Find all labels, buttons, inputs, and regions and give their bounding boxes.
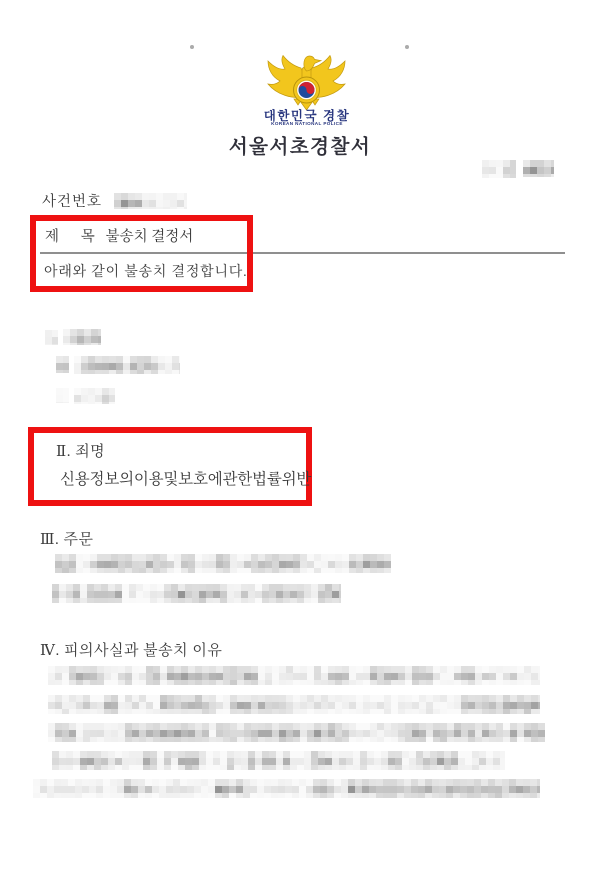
emblem-org-name-en: KOREAN NATIONAL POLICE (231, 121, 383, 126)
redacted-date-block-2 (523, 160, 554, 177)
redacted-section1-line2-text (74, 356, 180, 374)
redacted-section4-line3 (48, 723, 545, 742)
redacted-section4-line4 (52, 751, 505, 770)
scan-dot-left (190, 45, 194, 49)
scan-dot-right (405, 45, 409, 49)
redacted-date-block-1 (482, 160, 516, 178)
redacted-section1-line3-text (74, 388, 115, 404)
redacted-section1-heading-text (63, 329, 101, 345)
redacted-section4-line5 (33, 779, 540, 798)
redacted-section1-line2-bullet (56, 356, 69, 373)
redacted-section1-heading-numeral (45, 330, 58, 345)
redacted-section3-line1 (55, 554, 391, 573)
subject-line: 제 목 불송치 결정서 (45, 225, 193, 246)
page-title: 서울서초경찰서 (0, 131, 600, 159)
case-number-label: 사건번호 (42, 190, 102, 211)
redacted-section4-line1 (48, 666, 540, 685)
section4-heading: Ⅳ. 피의사실과 불송치 이유 (40, 639, 222, 660)
section2-crime-name: 신용정보의이용및보호에관한법률위반 (60, 467, 311, 489)
scanned-police-document: { "emblem": { "org_ko": "대한민국 경찰", "org_… (0, 0, 600, 871)
section3-heading: Ⅲ. 주문 (40, 528, 93, 549)
redacted-section4-line2 (48, 695, 540, 714)
decision-line: 아래와 같이 불송치 결정합니다. (44, 261, 247, 281)
redacted-case-number-value (114, 193, 187, 209)
redacted-section1-line3-bullet (56, 388, 69, 403)
redacted-section3-line2 (52, 584, 341, 603)
police-emblem-icon (260, 55, 353, 111)
section2-heading: Ⅱ. 죄명 (56, 440, 105, 461)
